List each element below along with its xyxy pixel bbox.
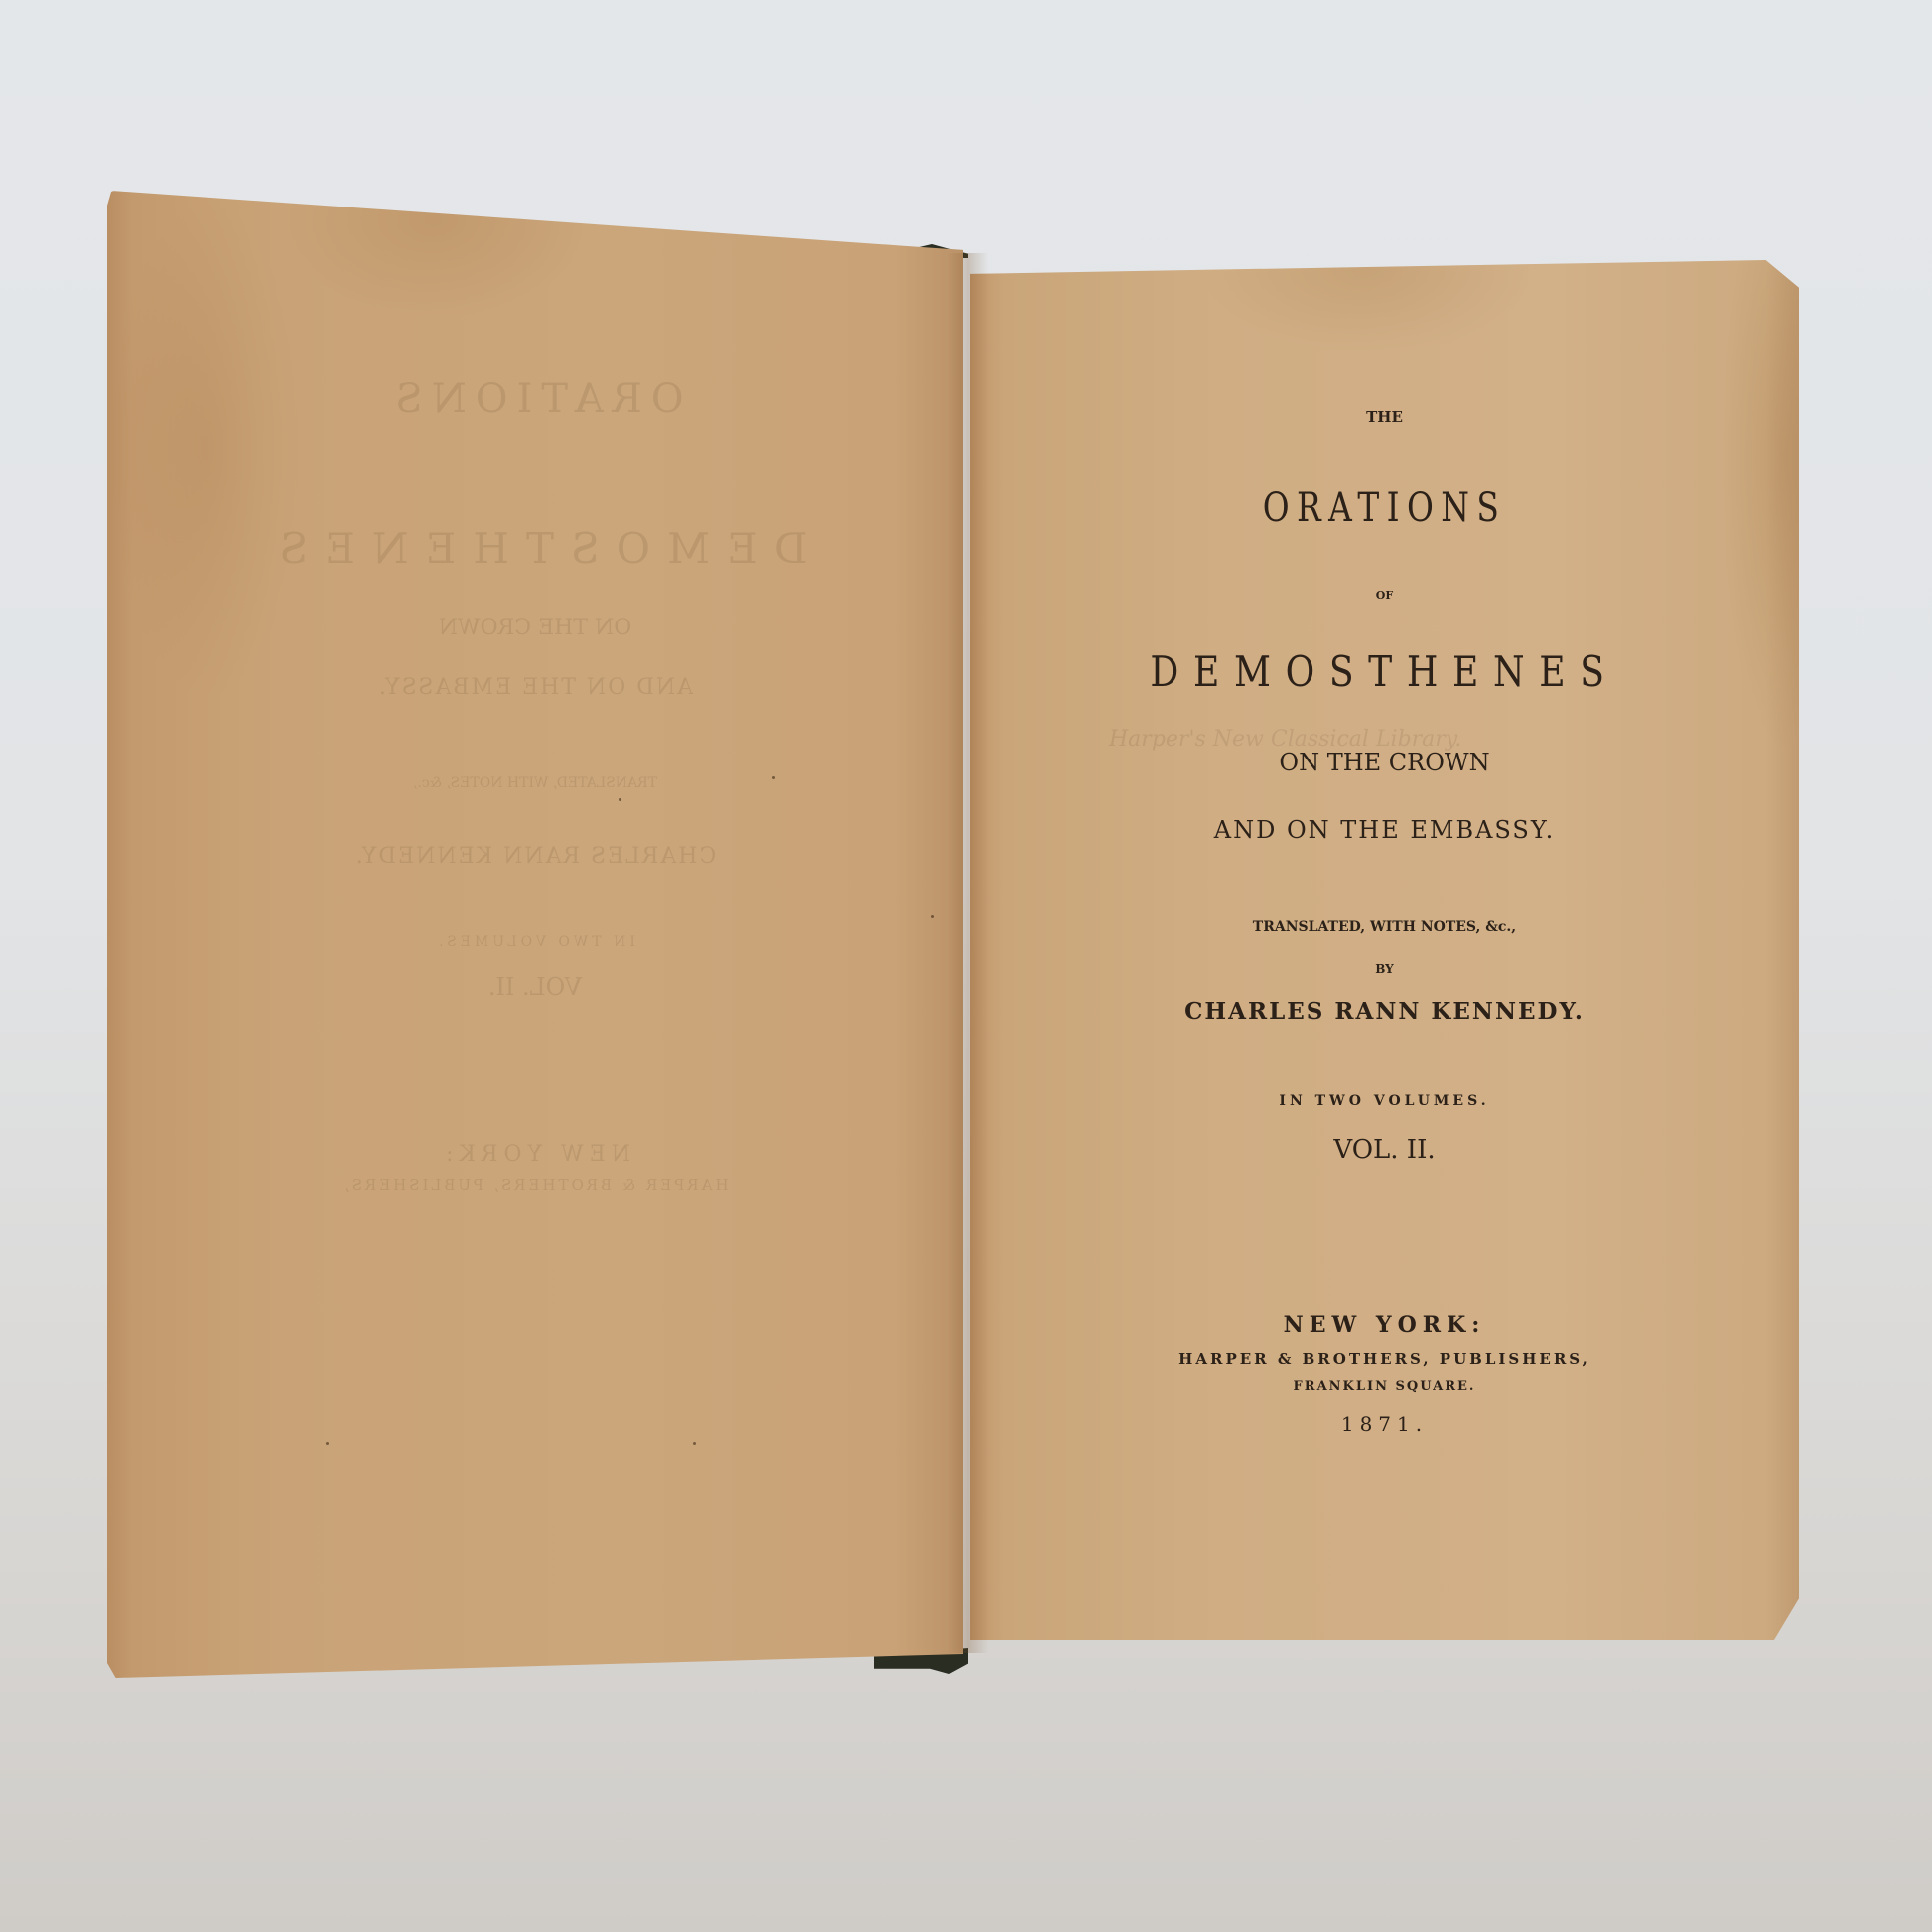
ghost-city: NEW YORK:: [107, 1144, 963, 1166]
imprint-city: NEW YORK:: [970, 1314, 1799, 1336]
book-photo-scene: ORATIONS DEMOSTHENES ON THE CROWN AND ON…: [0, 0, 1932, 1932]
paper-speck: [326, 1442, 329, 1445]
ghost-author: CHARLES RANN KENNEDY.: [107, 846, 963, 868]
paper-speck: [619, 798, 621, 801]
ghost-demosthenes: DEMOSTHENES: [107, 528, 963, 570]
title-of: OF: [970, 590, 1799, 601]
title-orations: ORATIONS: [1044, 488, 1725, 528]
ghost-publisher: HARPER & BROTHERS, PUBLISHERS,: [107, 1178, 963, 1193]
imprint-publisher: HARPER & BROTHERS, PUBLISHERS,: [970, 1352, 1799, 1367]
ghost-translated: TRANSLATED, WITH NOTES, &c.,: [107, 776, 963, 790]
paper-speck: [772, 776, 775, 779]
title-the: THE: [970, 410, 1799, 425]
paper-speck: [931, 915, 934, 918]
ghost-crown: ON THE CROWN: [107, 618, 963, 639]
by-line: BY: [970, 963, 1799, 975]
book-gutter: [948, 253, 988, 1653]
imprint-year: 1871.: [970, 1414, 1799, 1434]
ghost-vol: VOL. II.: [107, 975, 963, 999]
author-name: CHARLES RANN KENNEDY.: [970, 1000, 1799, 1023]
volumes-line: IN TWO VOLUMES.: [970, 1094, 1799, 1108]
ghost-volumes: IN TWO VOLUMES.: [107, 935, 963, 949]
ghost-orations: ORATIONS: [107, 379, 963, 419]
left-page: ORATIONS DEMOSTHENES ON THE CROWN AND ON…: [107, 191, 963, 1678]
ghost-embassy: AND ON THE EMBASSY.: [107, 677, 963, 699]
imprint-address: FRANKLIN SQUARE.: [970, 1380, 1799, 1393]
paper-speck: [693, 1442, 696, 1445]
volume-number: VOL. II.: [970, 1137, 1799, 1163]
translated-line: TRANSLATED, WITH NOTES, &c.,: [970, 920, 1799, 934]
right-page-title-page: Harper's New Classical Library. THE ORAT…: [970, 260, 1799, 1640]
title-demosthenes: DEMOSTHENES: [1028, 651, 1740, 693]
subtitle-embassy: AND ON THE EMBASSY.: [970, 818, 1799, 842]
subtitle-on-the-crown: ON THE CROWN: [970, 751, 1799, 774]
